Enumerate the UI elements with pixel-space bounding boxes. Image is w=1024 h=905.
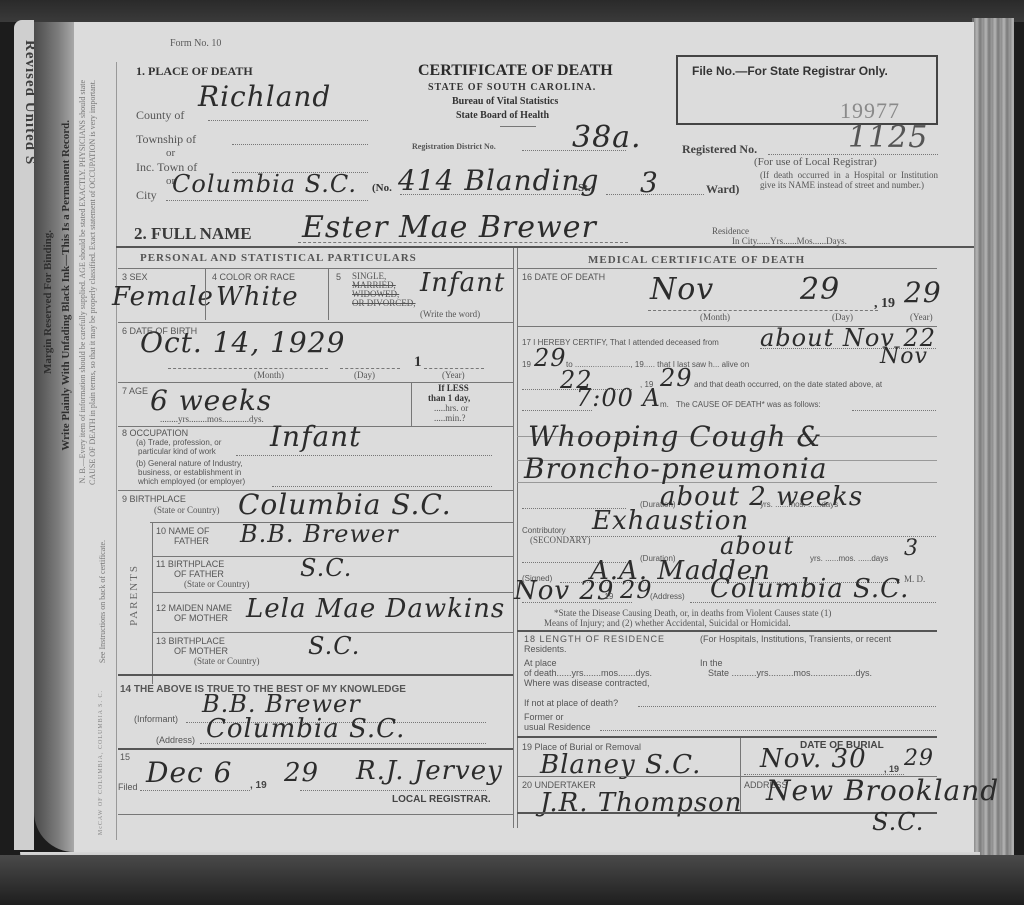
certify-line2-prefix: 19 [522, 360, 531, 369]
contracted-dotline [638, 706, 936, 707]
local-registrar-label: LOCAL REGISTRAR. [392, 794, 491, 805]
registration-district-value: 38a. [572, 120, 642, 155]
filed-year: 29 [284, 758, 319, 788]
county-label: County of [136, 108, 184, 123]
sex-label: 3 SEX [122, 272, 148, 282]
death-date-dashline [648, 310, 878, 311]
death-month-value: Nov [650, 272, 714, 307]
disease-contracted-line1: Where was disease contracted, [524, 678, 650, 688]
age-value: 6 weeks [150, 384, 272, 417]
undertaker-address-state: S.C. [872, 808, 924, 836]
occupation-b-line1: (b) General nature of Industry, [136, 459, 243, 468]
county-dotline [208, 120, 368, 121]
footnote-line1: *State the Disease Causing Death, or, in… [554, 608, 831, 618]
death-year-caption: (Year) [910, 312, 933, 322]
local-registrar-note: (For use of Local Registrar) [754, 156, 877, 168]
burial-year: 29 [904, 746, 934, 771]
time-of-death: 7:00 A [576, 384, 661, 412]
dob-year-caption: (Year) [442, 370, 465, 380]
city-label: City [136, 188, 157, 203]
marital-number: 5 [336, 272, 341, 282]
filed-label: Filed [118, 782, 138, 792]
full-name-value: Ester Mae Brewer [302, 210, 597, 245]
residence-label: Residence [712, 226, 749, 236]
certify-line3-text: and that death occurred, on the date sta… [694, 380, 882, 389]
birthplace-hint: (State or Country) [154, 505, 220, 515]
age-less-line3: .....hrs. or [434, 403, 468, 413]
hospital-note: (If death occurred in a Hospital or Inst… [760, 170, 938, 190]
sign-address-label: (Address) [650, 592, 685, 601]
father-name-label-2: FATHER [174, 536, 209, 546]
rule-residence [517, 630, 937, 632]
father-birthplace-value: S.C. [300, 554, 352, 582]
at-place-line1: At place [524, 658, 557, 668]
informant-label: (Informant) [134, 714, 178, 724]
sign-date: Nov 29 [514, 576, 614, 606]
place-of-death-heading: 1. PLACE OF DEATH [136, 64, 253, 79]
rule-informant [118, 674, 513, 676]
father-name-label-1: 10 NAME OF [156, 526, 210, 536]
dob-year-stub: 1 [414, 354, 422, 371]
township-dotline [232, 144, 368, 145]
state-name: STATE OF SOUTH CAROLINA. [428, 82, 596, 93]
filed-date-dotline [140, 790, 250, 791]
contributory-label: Contributory [522, 526, 566, 535]
residence-length-label: 18 LENGTH OF RESIDENCE [524, 634, 665, 644]
occupation-b-line2: business, or establishment in [138, 468, 241, 477]
registrar-signature: R.J. Jervey [356, 756, 503, 786]
in-state-line1: In the [700, 658, 723, 668]
father-birthplace-hint: (State or Country) [184, 579, 250, 589]
personal-section-title: PERSONAL AND STATISTICAL PARTICULARS [140, 252, 417, 264]
rule-sex-race [205, 268, 206, 320]
form-number: Form No. 10 [170, 38, 221, 49]
birthplace-value: Columbia S.C. [238, 488, 452, 521]
margin-binding-note: Margin Reserved For Binding. [42, 230, 54, 374]
death-year-value: 29 [904, 276, 942, 309]
age-less-line2: than 1 day, [428, 393, 470, 403]
cause-label: The CAUSE OF DEATH* was as follows: [676, 400, 821, 409]
informant-address-label: (Address) [156, 735, 195, 745]
ward-label: Ward) [706, 182, 739, 197]
sex-value: Female [112, 282, 214, 312]
rule-age-less [411, 382, 412, 426]
board-name: State Board of Health [456, 110, 549, 121]
occupation-a-line2: particular kind of work [138, 447, 216, 456]
registered-no-label: Registered No. [682, 142, 757, 157]
medical-section-title: MEDICAL CERTIFICATE OF DEATH [588, 254, 805, 266]
duration2-days: 3 [904, 536, 919, 561]
age-less-line4: .....min.? [434, 413, 466, 423]
rule-filed [118, 748, 513, 750]
undertaker-address-value: New Brookland [766, 774, 999, 807]
rule-race-marital [328, 268, 329, 320]
in-state-line2: State ..........yrs..........mos........… [708, 668, 872, 678]
binding-margin: Margin Reserved For Binding. Write Plain… [40, 60, 110, 850]
cause-dotline [852, 410, 936, 411]
disease-contracted-line2: If not at place of death? [524, 698, 618, 708]
occupation-b-line3: which employed (or employer) [138, 477, 245, 486]
dob-month-line [168, 368, 328, 369]
age-less-line1: If LESS [438, 383, 469, 393]
occupation-label: 8 OCCUPATION [122, 428, 188, 438]
burial-year-prefix: , 19 [884, 764, 899, 774]
race-label: 4 COLOR OR RACE [212, 272, 295, 282]
race-value: White [216, 282, 299, 312]
death-year-prefix: , 19 [874, 296, 895, 312]
at-place-line2: of death......yrs.......mos.......dys. [524, 668, 652, 678]
registrar-dotline [300, 790, 486, 791]
father-name-value: B.B. Brewer [240, 520, 399, 548]
birthplace-label: 9 BIRTHPLACE [122, 494, 186, 504]
parents-label: PARENTS [128, 564, 140, 626]
occupation-value: Infant [270, 420, 361, 453]
registered-no-value: 1125 [848, 120, 928, 155]
mother-name-label-2: OF MOTHER [174, 613, 228, 623]
former-residence-line1: Former or [524, 712, 564, 722]
dob-value: Oct. 14, 1929 [140, 326, 345, 359]
death-day-value: 29 [800, 272, 840, 307]
duration-units: yrs. ......mos. ......days [760, 500, 838, 509]
death-month-caption: (Month) [700, 312, 730, 322]
father-birthplace-label-2: OF FATHER [174, 569, 224, 579]
sign-year-prefix: , 19 [600, 592, 613, 601]
or-text-1: or [166, 147, 175, 159]
dob-month-caption: (Month) [254, 370, 284, 380]
full-name-label: 2. FULL NAME [134, 224, 252, 244]
ward-value: 3 [640, 166, 659, 199]
registration-district-label: Registration District No. [412, 142, 496, 151]
informant-address-value: Columbia S.C. [206, 714, 405, 744]
street-value: 414 Blanding [398, 164, 599, 197]
marital-hint: (Write the word) [420, 309, 480, 319]
margin-nb-line2: CAUSE OF DEATH in plain terms, so that i… [88, 80, 97, 485]
book-bottom-edge [0, 855, 1024, 905]
street-number-prefix: (No. [372, 182, 392, 194]
certify-line2-text: to ........................., 19..... th… [566, 360, 749, 369]
dob-year-line [424, 368, 484, 369]
age-units: ........yrs........mos............dys. [160, 414, 264, 424]
certify-line3-year: 29 [660, 364, 693, 392]
margin-printer: McCAW OF COLUMBIA, COLUMBIA S. C. [98, 690, 104, 835]
occupation-a-line1: (a) Trade, profession, or [136, 438, 221, 447]
margin-nb-line1: N. B.—Every item of information should b… [78, 80, 87, 483]
column-divider-2 [517, 248, 518, 828]
rule-medical [517, 268, 937, 269]
last-seen-value: Nov [880, 344, 928, 369]
divider-name [116, 246, 974, 248]
dob-day-caption: (Day) [354, 370, 375, 380]
page-stack-right [972, 18, 1014, 858]
margin-ink-note: Write Plainly With Unfading Black Ink—Th… [60, 120, 72, 451]
time-suffix: m. [660, 400, 669, 409]
rule-mother-name [152, 592, 513, 593]
city-value: Columbia S.C. [172, 170, 357, 198]
rule-dob [118, 322, 513, 323]
county-value: Richland [198, 80, 331, 113]
mother-birthplace-label-2: OF MOTHER [174, 646, 228, 656]
death-day-caption: (Day) [832, 312, 853, 322]
date-of-death-label: 16 DATE OF DEATH [522, 272, 605, 282]
residence-detail: In City......Yrs......Mos......Days. [732, 236, 847, 246]
marital-value: Infant [420, 268, 505, 298]
age-label: 7 AGE [122, 386, 148, 396]
filed-date: Dec 6 [146, 756, 232, 789]
residence-length-note2: Residents. [524, 644, 567, 654]
sign-address-value: Columbia S.C. [710, 574, 909, 604]
city-dotline [166, 200, 368, 201]
form-left-border [116, 62, 117, 840]
township-label: Township of [136, 132, 196, 147]
filed-year-prefix: , 19 [250, 780, 267, 791]
mother-birthplace-value: S.C. [308, 632, 360, 660]
mother-name-label-1: 12 MAIDEN NAME [156, 603, 232, 613]
column-divider [513, 248, 514, 828]
marital-divorced: OR DIVORCED, [352, 298, 416, 308]
former-residence-dotline [600, 730, 936, 731]
file-box-label: File No.—For State Registrar Only. [692, 64, 888, 78]
burial-date-value: Nov. 30 [760, 744, 867, 774]
duration2-units: yrs. ......mos. ......days [810, 554, 888, 563]
father-birthplace-label-1: 11 BIRTHPLACE [156, 559, 224, 569]
street-suffix: St.; [578, 182, 594, 194]
footnote-line2: Means of Injury; and (2) whether Acciden… [544, 618, 791, 628]
margin-nb-line3: See Instructions on back of certificate. [98, 540, 107, 663]
rule-bottom-left [118, 814, 513, 815]
filed-number: 15 [120, 752, 130, 762]
sign-year: 29 [620, 576, 653, 604]
former-residence-line2: usual Residence [524, 722, 591, 732]
occupation-a-dotline [236, 455, 492, 456]
mother-birthplace-label-1: 13 BIRTHPLACE [156, 636, 225, 646]
cause-of-death-line1: Whooping Cough & [528, 420, 822, 453]
mother-birthplace-hint: (State or Country) [194, 656, 260, 666]
rule-parents-vertical [152, 522, 153, 684]
book-top-edge [0, 0, 1024, 22]
rule-burial [517, 736, 937, 738]
dob-day-line [340, 368, 400, 369]
occupation-b-dotline [272, 486, 492, 487]
title-rule [500, 126, 536, 127]
bureau-name: Bureau of Vital Statistics [452, 96, 558, 107]
certificate-title: CERTIFICATE OF DEATH [418, 62, 613, 80]
mother-name-value: Lela Mae Dawkins [246, 594, 505, 624]
residence-length-note: (For Hospitals, Institutions, Transients… [700, 634, 891, 644]
cause-of-death-line2: Broncho-pneumonia [524, 452, 828, 485]
